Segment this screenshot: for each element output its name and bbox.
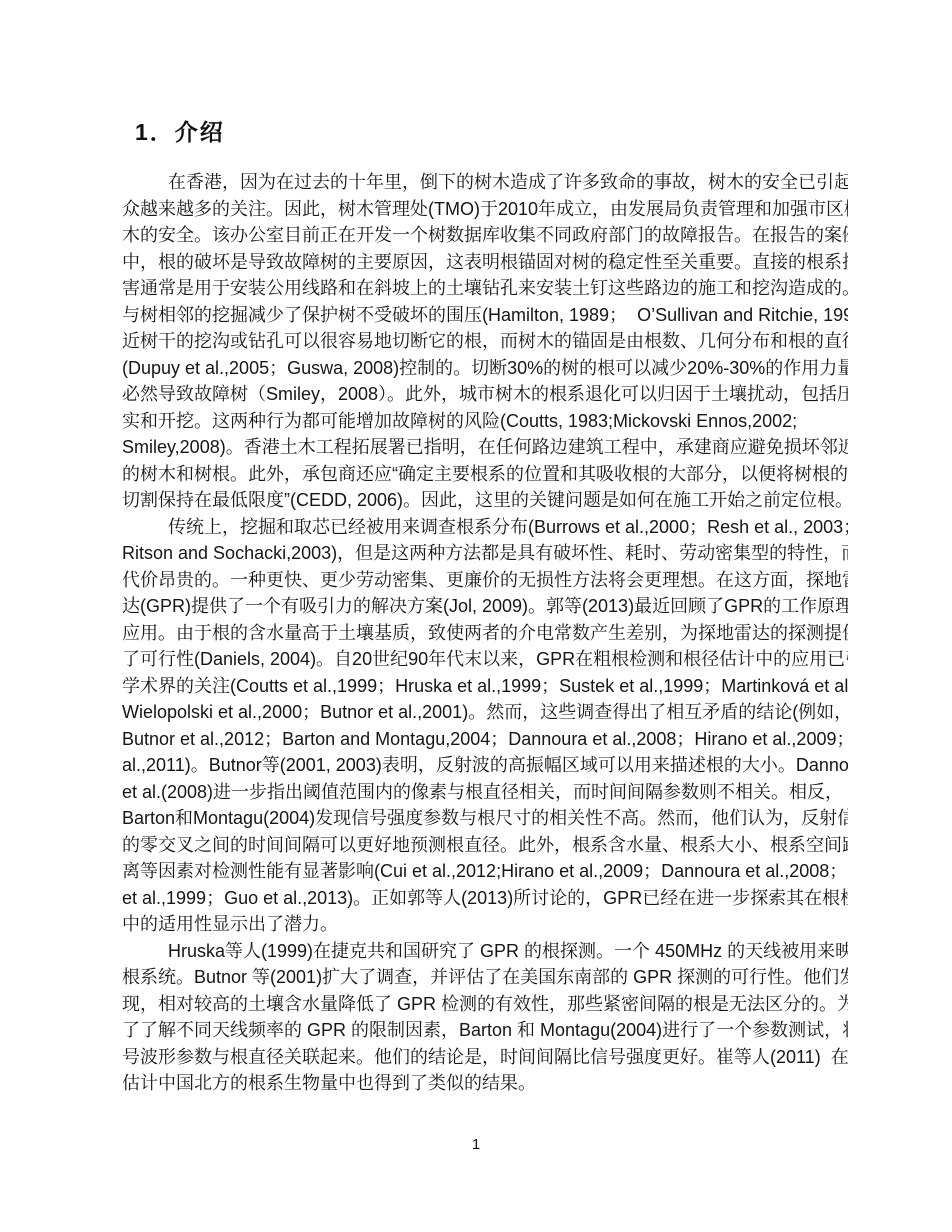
text-line: et al.(2008)进一步指出阈值范围内的像素与根直径相关，而时间间隔参数则…	[122, 779, 848, 806]
text-line: 必然导致故障树（Smiley，2008）。此外，城市树木的根系退化可以归因于土壤…	[122, 381, 848, 408]
text-line: Ritson and Sochacki,2003)，但是这两种方法都是具有破坏性…	[122, 540, 848, 567]
text-line: 学术界的关注(Coutts et al.,1999；Hruska et al.,…	[122, 673, 848, 700]
text-line: 现，相对较高的土壤含水量降低了 GPR 检测的有效性，那些紧密间隔的根是无法区分…	[122, 991, 848, 1018]
section-heading: 1．介绍	[135, 114, 848, 147]
paragraph: 传统上，挖掘和取芯已经被用来调查根系分布(Burrows et al.,2000…	[122, 514, 848, 938]
document-content: 1．介绍 在香港，因为在过去的十年里，倒下的树木造成了许多致命的事故，树木的安全…	[122, 114, 848, 1097]
text-line: (Dupuy et al.,2005；Guswa, 2008)控制的。切断30%…	[122, 355, 848, 382]
text-line: 在香港，因为在过去的十年里，倒下的树木造成了许多致命的事故，树木的安全已引起公	[122, 169, 848, 196]
text-line: 中的适用性显示出了潜力。	[122, 911, 848, 938]
text-line: 代价昂贵的。一种更快、更少劳动密集、更廉价的无损性方法将会更理想。在这方面，探地…	[122, 567, 848, 594]
text-line: 达(GPR)提供了一个有吸引力的解决方案(Jol, 2009)。郭等(2013)…	[122, 593, 848, 620]
text-line: 与树相邻的挖掘减少了保护树不受破坏的围压(Hamilton, 1989； O’S…	[122, 302, 848, 329]
text-line: 的零交叉之间的时间间隔可以更好地预测根直径。此外，根系含水量、根系大小、根系空间…	[122, 832, 848, 859]
page-number: 1	[0, 1136, 952, 1153]
text-line: 木的安全。该办公室目前正在开发一个树数据库收集不同政府部门的故障报告。在报告的案…	[122, 222, 848, 249]
paragraph: 在香港，因为在过去的十年里，倒下的树木造成了许多致命的事故，树木的安全已引起公众…	[122, 169, 848, 514]
text-line: Wielopolski et al.,2000；Butnor et al.,20…	[122, 699, 848, 726]
text-line: Hruska等人(1999)在捷克共和国研究了 GPR 的根探测。一个 450M…	[122, 938, 848, 965]
text-line: al.,2011)。Butnor等(2001, 2003)表明，反射波的高振幅区…	[122, 752, 848, 779]
text-line: 号波形参数与根直径关联起来。他们的结论是，时间间隔比信号强度更好。崔等人(201…	[122, 1044, 848, 1071]
text-line: 众越来越多的关注。因此，树木管理处(TMO)于2010年成立，由发展局负责管理和…	[122, 196, 848, 223]
text-line: 害通常是用于安装公用线路和在斜坡上的土壤钻孔来安装土钉这些路边的施工和挖沟造成的…	[122, 275, 848, 302]
text-line: 估计中国北方的根系生物量中也得到了类似的结果。	[122, 1070, 848, 1097]
text-line: et al.,1999；Guo et al.,2013)。正如郭等人(2013)…	[122, 885, 848, 912]
text-line: 根系统。Butnor 等(2001)扩大了调查，并评估了在美国东南部的 GPR …	[122, 964, 848, 991]
text-line: 了了解不同天线频率的 GPR 的限制因素，Barton 和 Montagu(20…	[122, 1017, 848, 1044]
text-line: Butnor et al.,2012；Barton and Montagu,20…	[122, 726, 848, 753]
text-line: 切割保持在最低限度”(CEDD, 2006)。因此，这里的关键问题是如何在施工开…	[122, 487, 848, 514]
document-body: 在香港，因为在过去的十年里，倒下的树木造成了许多致命的事故，树木的安全已引起公众…	[122, 169, 848, 1097]
text-line: 的树木和树根。此外，承包商还应“确定主要根系的位置和其吸收根的大部分，以便将树根…	[122, 461, 848, 488]
text-line: 了可行性(Daniels, 2004)。自20世纪90年代末以来，GPR在粗根检…	[122, 646, 848, 673]
document-page: 1．介绍 在香港，因为在过去的十年里，倒下的树木造成了许多致命的事故，树木的安全…	[0, 0, 952, 1232]
text-line: Smiley,2008)。香港土木工程拓展署已指明，在任何路边建筑工程中，承建商…	[122, 434, 848, 461]
text-line: 应用。由于根的含水量高于土壤基质，致使两者的介电常数产生差别，为探地雷达的探测提…	[122, 620, 848, 647]
text-line: Barton和Montagu(2004)发现信号强度参数与根尺寸的相关性不高。然…	[122, 805, 848, 832]
text-line: 中，根的破坏是导致故障树的主要原因，这表明根锚固对树的稳定性至关重要。直接的根系…	[122, 249, 848, 276]
text-line: 实和开挖。这两种行为都可能增加故障树的风险(Coutts, 1983;Micko…	[122, 408, 848, 435]
text-line: 离等因素对检测性能有显著影响(Cui et al.,2012;Hirano et…	[122, 858, 848, 885]
paragraph: Hruska等人(1999)在捷克共和国研究了 GPR 的根探测。一个 450M…	[122, 938, 848, 1097]
text-line: 近树干的挖沟或钻孔可以很容易地切断它的根，而树木的锚固是由根数、几何分布和根的直…	[122, 328, 848, 355]
text-line: 传统上，挖掘和取芯已经被用来调查根系分布(Burrows et al.,2000…	[122, 514, 848, 541]
